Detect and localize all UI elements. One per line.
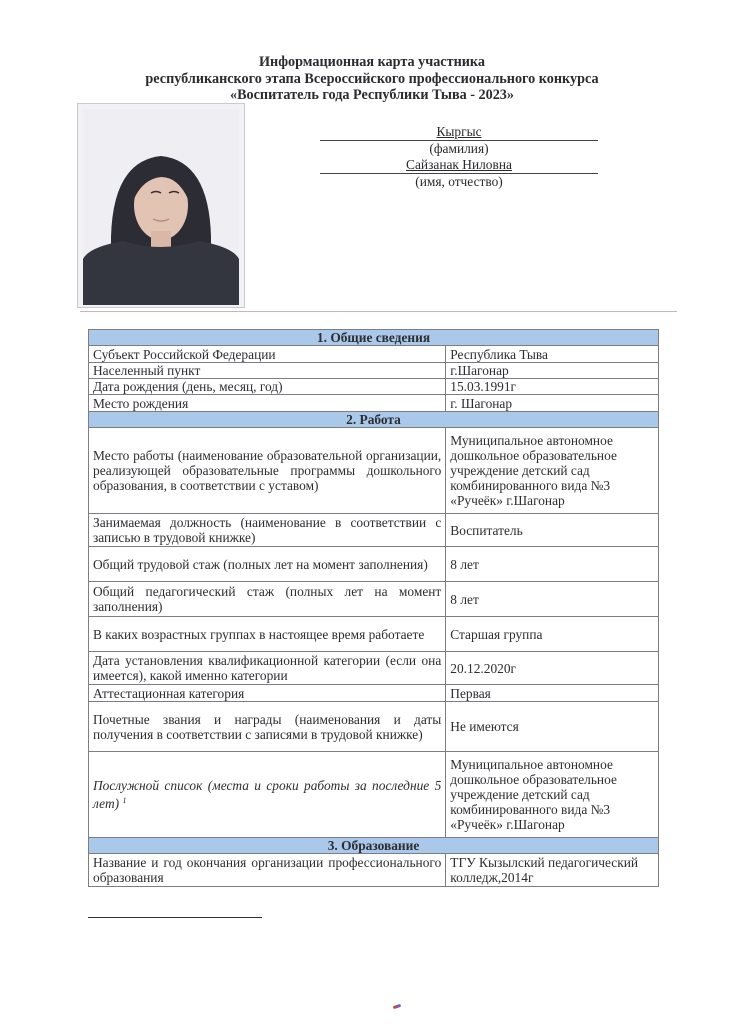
title-line-2: республиканского этапа Всероссийского пр…	[0, 71, 744, 88]
info-card-table: 1. Общие сведения Субъект Российской Фед…	[88, 329, 659, 887]
row-label: Название и год окончания организации про…	[89, 854, 446, 887]
table-row: Название и год окончания организации про…	[89, 854, 659, 887]
surname-caption: (фамилия)	[320, 141, 598, 157]
row-label: Послужной список (места и сроки работы з…	[89, 752, 446, 838]
row-value: 20.12.2020г	[446, 652, 659, 685]
name-caption: (имя, отчество)	[320, 174, 598, 190]
surname-value: Кыргыс	[436, 124, 481, 139]
title-line-3: «Воспитатель года Республики Тыва - 2023…	[0, 87, 744, 104]
row-label: Аттестационная категория	[89, 685, 446, 702]
table-row: Место рождения г. Шагонар	[89, 395, 659, 412]
footnote-marker: 1	[122, 796, 126, 805]
participant-photo-frame	[77, 103, 245, 308]
row-value: Муниципальное автономное дошкольное обра…	[446, 428, 659, 514]
table-row: Общий трудовой стаж (полных лет на момен…	[89, 547, 659, 582]
table-row: Населенный пункт г.Шагонар	[89, 363, 659, 379]
table-row: Послужной список (места и сроки работы з…	[89, 752, 659, 838]
footnote-separator	[88, 917, 262, 918]
section-header-work: 2. Работа	[89, 412, 659, 428]
row-value: Старшая группа	[446, 617, 659, 652]
row-label: Место работы (наименование образовательн…	[89, 428, 446, 514]
row-value: Воспитатель	[446, 514, 659, 547]
participant-name-block: Кыргыс (фамилия) Сайзанак Ниловна (имя, …	[320, 124, 598, 190]
row-value: г.Шагонар	[446, 363, 659, 379]
section-title: 1. Общие сведения	[89, 330, 659, 346]
table-row: Дата рождения (день, месяц, год) 15.03.1…	[89, 379, 659, 395]
surname-field: Кыргыс	[320, 124, 598, 141]
row-label: Населенный пункт	[89, 363, 446, 379]
row-value: ТГУ Кызылский педагогический колледж,201…	[446, 854, 659, 887]
scan-mark	[393, 1004, 402, 1009]
row-value: 15.03.1991г	[446, 379, 659, 395]
section-title: 3. Образование	[89, 838, 659, 854]
row-label: Дата установления квалификационной катег…	[89, 652, 446, 685]
table-row: Дата установления квалификационной катег…	[89, 652, 659, 685]
row-value: Республика Тыва	[446, 346, 659, 363]
table-row: Общий педагогический стаж (полных лет на…	[89, 582, 659, 617]
row-label-text: Послужной список (места и сроки работы з…	[93, 778, 441, 811]
section-header-education: 3. Образование	[89, 838, 659, 854]
name-patronymic-value: Сайзанак Ниловна	[406, 157, 512, 172]
table-row: Почетные звания и награды (наименования …	[89, 702, 659, 752]
row-label: Занимаемая должность (наименование в соо…	[89, 514, 446, 547]
row-label: Дата рождения (день, месяц, год)	[89, 379, 446, 395]
row-value: 8 лет	[446, 582, 659, 617]
title-line-1: Информационная карта участника	[0, 54, 744, 71]
row-value: Не имеются	[446, 702, 659, 752]
section-header-general: 1. Общие сведения	[89, 330, 659, 346]
row-label: Общий педагогический стаж (полных лет на…	[89, 582, 446, 617]
row-label: Субъект Российской Федерации	[89, 346, 446, 363]
row-label: Почетные звания и награды (наименования …	[89, 702, 446, 752]
table-row: Занимаемая должность (наименование в соо…	[89, 514, 659, 547]
name-patronymic-field: Сайзанак Ниловна	[320, 157, 598, 174]
table-row: Аттестационная категория Первая	[89, 685, 659, 702]
table-row: Субъект Российской Федерации Республика …	[89, 346, 659, 363]
section-title: 2. Работа	[89, 412, 659, 428]
document-title: Информационная карта участника республик…	[0, 54, 744, 104]
table-row: В каких возрастных группах в настоящее в…	[89, 617, 659, 652]
row-label: В каких возрастных группах в настоящее в…	[89, 617, 446, 652]
participant-photo	[83, 109, 239, 305]
row-label: Общий трудовой стаж (полных лет на момен…	[89, 547, 446, 582]
table-row: Место работы (наименование образовательн…	[89, 428, 659, 514]
row-value: 8 лет	[446, 547, 659, 582]
row-label: Место рождения	[89, 395, 446, 412]
row-value: Первая	[446, 685, 659, 702]
header-divider	[80, 311, 677, 312]
row-value: Муниципальное автономное дошкольное обра…	[446, 752, 659, 838]
row-value: г. Шагонар	[446, 395, 659, 412]
portrait-image-icon	[83, 109, 239, 305]
